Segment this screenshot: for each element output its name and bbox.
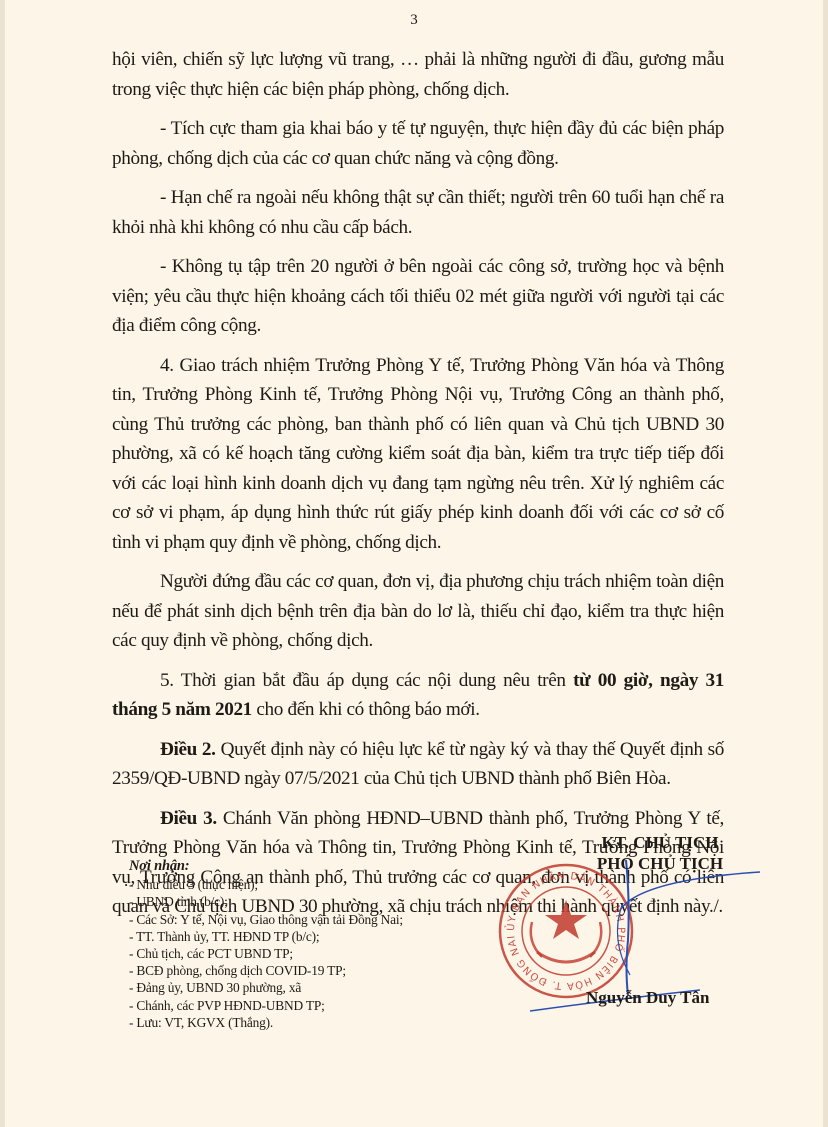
recipient-item: - Đảng ủy, UBND 30 phường, xã (129, 979, 459, 996)
item5-text: 5. Thời gian bắt đầu áp dụng các nội dun… (160, 670, 573, 691)
paragraph: - Hạn chế ra ngoài nếu không thật sự cần… (112, 183, 724, 242)
signer-name: Nguyễn Duy Tân (586, 988, 709, 1008)
signature-block: KT. CHỦ TỊCH PHÓ CHỦ TỊCH (560, 832, 760, 874)
paragraph-item-4: 4. Giao trách nhiệm Trưởng Phòng Y tế, T… (112, 351, 724, 558)
paragraph: - Tích cực tham gia khai báo y tế tự ngu… (112, 114, 724, 173)
recipient-item: - UBND tỉnh (b/c); (129, 893, 459, 910)
article-3-label: Điều 3. (160, 808, 217, 829)
signature-subtitle: PHÓ CHỦ TỊCH (560, 853, 760, 874)
paragraph: Người đứng đầu các cơ quan, đơn vị, địa … (112, 567, 724, 656)
item5-text-end: cho đến khi có thông báo mới. (252, 699, 480, 720)
recipients-title: Nơi nhận: (129, 858, 459, 875)
recipients-list: Nơi nhận: - Như điều 3 (thực hiện); - UB… (129, 858, 459, 1031)
article-2: Điều 2. Quyết định này có hiệu lực kể từ… (112, 735, 724, 794)
paragraph: - Không tụ tập trên 20 người ở bên ngoài… (112, 252, 724, 341)
paragraph-item-5: 5. Thời gian bắt đầu áp dụng các nội dun… (112, 666, 724, 725)
recipient-item: - Chủ tịch, các PCT UBND TP; (129, 945, 459, 962)
page-number: 3 (0, 12, 828, 29)
recipient-item: - TT. Thành ủy, TT. HĐND TP (b/c); (129, 928, 459, 945)
recipient-item: - BCĐ phòng, chống dịch COVID-19 TP; (129, 962, 459, 979)
document-body: hội viên, chiến sỹ lực lượng vũ trang, …… (112, 45, 724, 932)
paragraph: hội viên, chiến sỹ lực lượng vũ trang, …… (112, 45, 724, 104)
recipient-item: - Các Sở: Y tế, Nội vụ, Giao thông vận t… (129, 911, 459, 928)
recipient-item: - Như điều 3 (thực hiện); (129, 876, 459, 893)
signature-title: KT. CHỦ TỊCH (560, 832, 760, 853)
article-2-label: Điều 2. (160, 739, 216, 760)
recipient-item: - Lưu: VT, KGVX (Thắng). (129, 1014, 459, 1031)
recipient-item: - Chánh, các PVP HĐND-UBND TP; (129, 997, 459, 1014)
document-page: 3 hội viên, chiến sỹ lực lượng vũ trang,… (0, 0, 828, 1127)
